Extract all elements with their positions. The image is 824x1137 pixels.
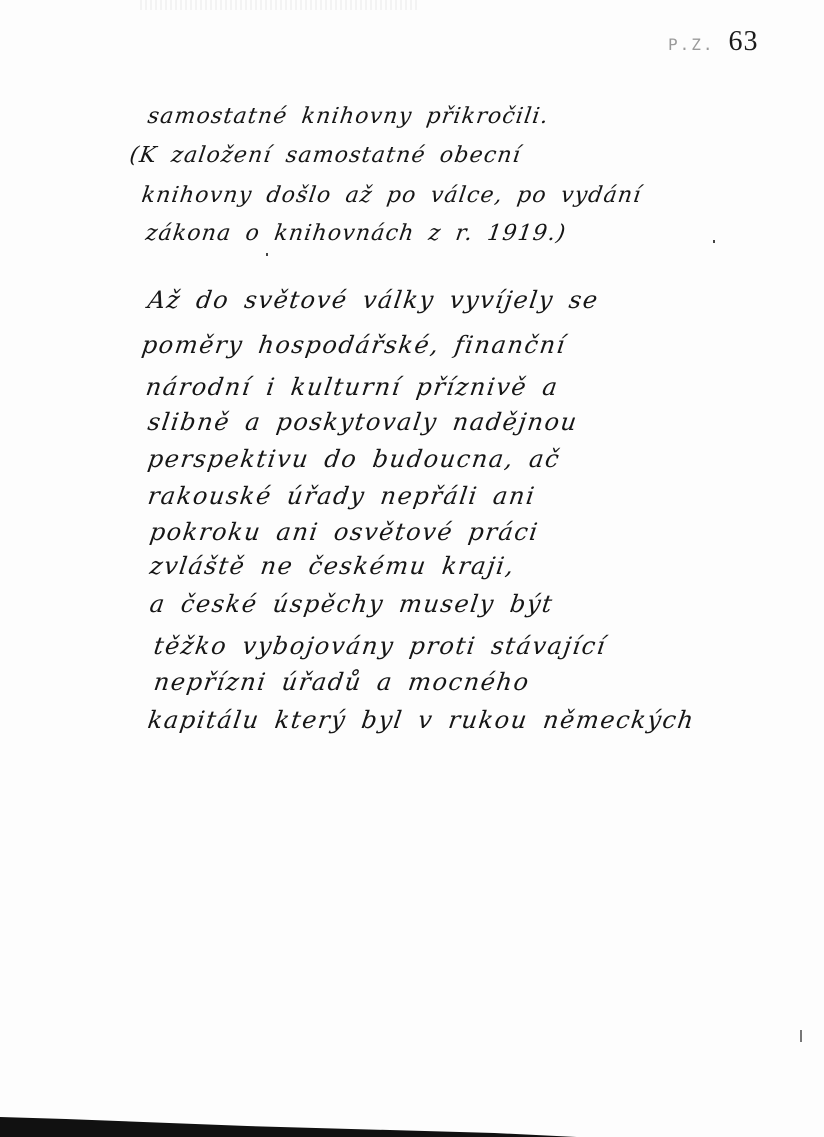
text-line: perspektivu do budoucna, ač [146,445,562,473]
text-line: samostatné knihovny přikročili. [146,104,551,129]
text-line: zákona o knihovnách z r. 1919.) [144,221,568,246]
scan-edge-shadow [0,1117,824,1137]
margin-mark [800,1030,802,1042]
text-line: poměry hospodářské, finanční [140,331,568,359]
text-line: (K založení samostatné obecní [128,143,523,168]
page-number: 63 [729,26,759,58]
text-line: knihovny došlo až po válce, po vydání [140,183,643,208]
stamp-mark: P.Z. [668,35,715,54]
ink-speck [266,253,268,256]
text-line: Až do světové války vyvíjely se [146,286,601,314]
text-line: národní i kulturní příznivě a [144,373,560,401]
text-line: kapitálu který byl v rukou německých [146,706,697,734]
text-line: nepřízni úřadů a mocného [152,668,532,696]
text-line: pokroku ani osvětové práci [148,518,541,546]
text-line: a české úspěchy musely být [148,590,555,618]
text-line: rakouské úřady nepřáli ani [146,482,537,510]
page-header: P.Z. 63 [668,26,759,58]
ink-speck [713,240,715,243]
scan-noise [140,0,420,10]
text-line: těžko vybojovány proti stávající [152,632,608,660]
text-line: zvláště ne českému kraji, [148,552,517,580]
text-line: slibně a poskytovaly nadějnou [146,408,580,436]
manuscript-page: P.Z. 63 samostatné knihovny přikročili. … [0,0,824,1137]
